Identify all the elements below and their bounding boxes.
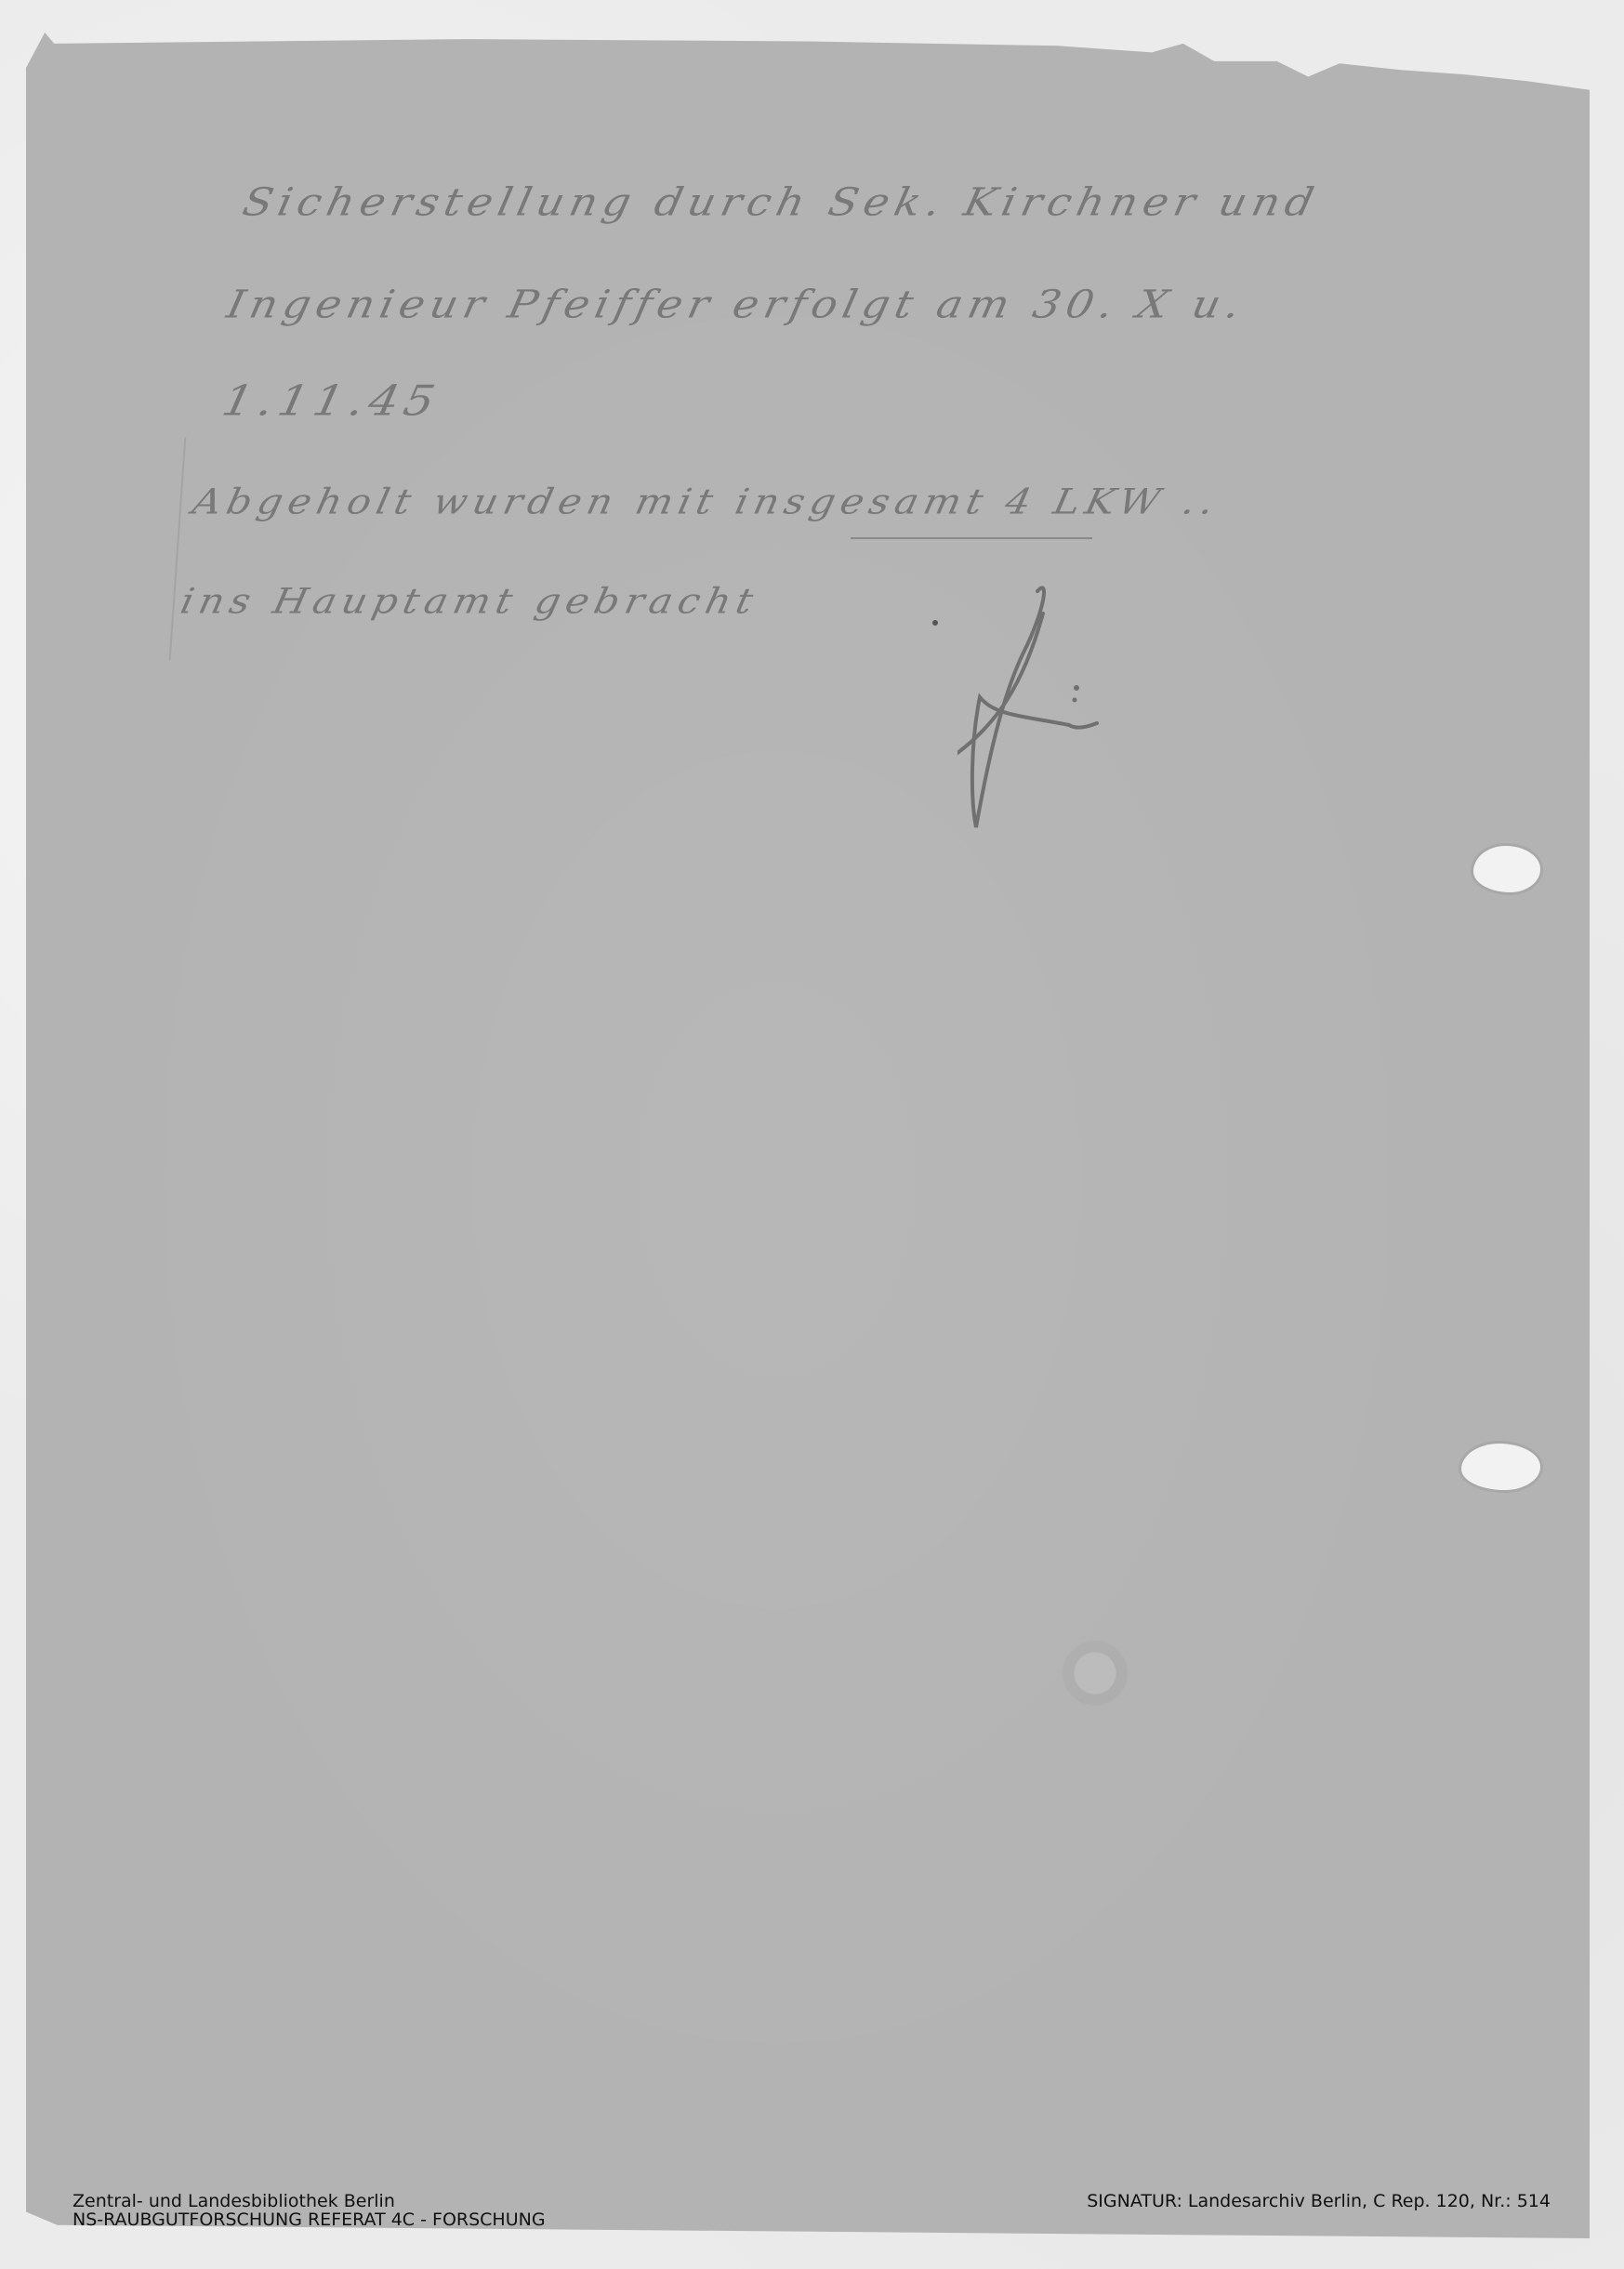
signature-paraph [957, 576, 1162, 855]
handwriting-line-2: Ingenieur Pfeiffer erfolgt am 30. X u. [223, 282, 1250, 327]
handwriting-line-3: 1.11.45 [218, 376, 444, 425]
archive-footer-left: Zentral- und Landesbibliothek Berlin NS-… [73, 2192, 546, 2229]
handwriting-line-1: Sicherstellung durch Sek. Kirchner und [239, 179, 1324, 225]
department-name: NS-RAUBGUTFORSCHUNG REFERAT 4C - FORSCHU… [73, 2210, 546, 2229]
handwriting-line-5: ins Hauptamt gebracht [177, 580, 762, 621]
pencil-dot [932, 620, 938, 626]
document-page [26, 33, 1590, 2238]
library-name: Zentral- und Landesbibliothek Berlin [73, 2192, 546, 2210]
archive-signature: SIGNATUR: Landesarchiv Berlin, C Rep. 12… [1087, 2192, 1551, 2210]
archive-footer-right: SIGNATUR: Landesarchiv Berlin, C Rep. 12… [1087, 2192, 1551, 2210]
punch-hole-bottom [1461, 1444, 1540, 1490]
punch-hole-top [1473, 846, 1540, 892]
handwriting-line-4: Abgeholt wurden mit insgesamt 4 LKW .. [189, 481, 1223, 521]
pencil-underline [851, 537, 1092, 539]
